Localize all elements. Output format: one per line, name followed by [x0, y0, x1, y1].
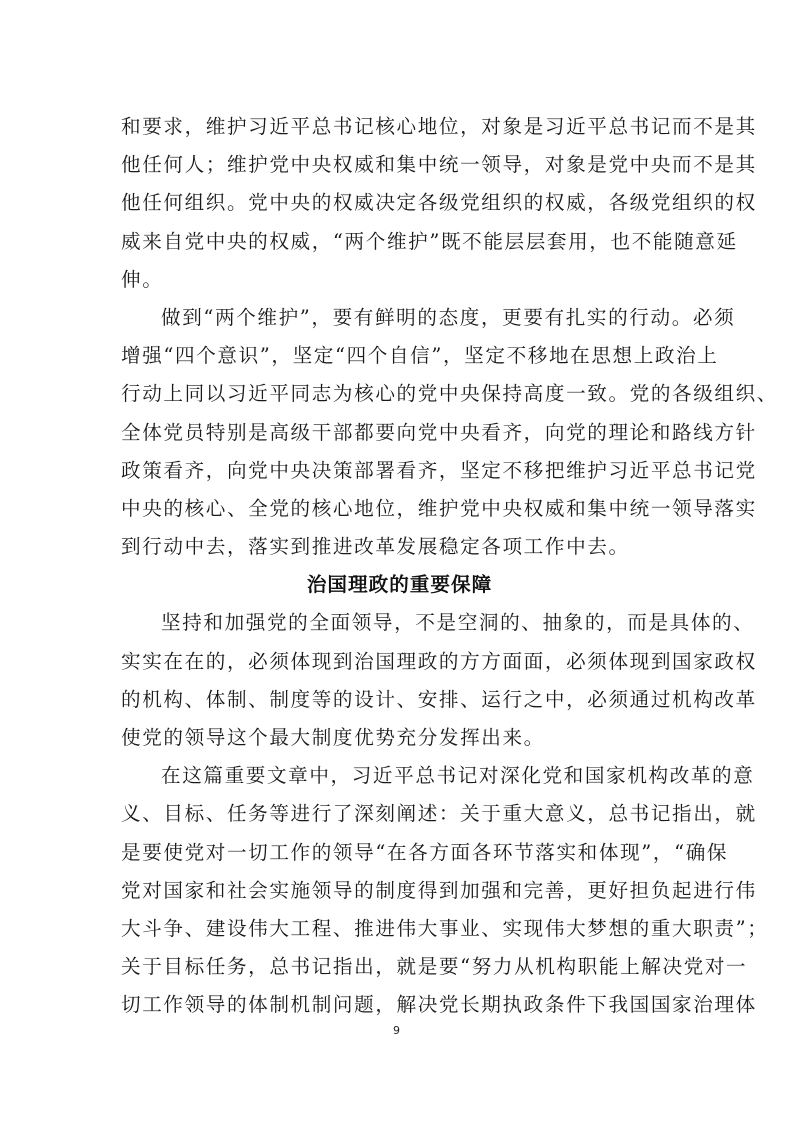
page-number: 9 — [0, 1024, 793, 1037]
text-line: 全体党员特别是高级干部都要向党中央看齐，向党的理论和路线方针 — [121, 414, 678, 452]
section-heading: 治国理政的重要保障 — [121, 566, 678, 604]
text-line: 中央的核心、全党的核心地位，维护党中央权威和集中统一领导落实 — [121, 490, 678, 528]
text-line: 他任何组织。党中央的权威决定各级党组织的权威，各级党组织的权 — [121, 184, 678, 222]
text-line: 党对国家和社会实施领导的制度得到加强和完善，更好担负起进行伟 — [121, 872, 678, 910]
document-body: 和要求，维护习近平总书记核心地位，对象是习近平总书记而不是其 他任何人；维护党中… — [121, 108, 678, 1025]
text-line: 和要求，维护习近平总书记核心地位，对象是习近平总书记而不是其 — [121, 108, 678, 146]
paragraph-1: 和要求，维护习近平总书记核心地位，对象是习近平总书记而不是其 他任何人；维护党中… — [121, 108, 678, 299]
paragraph-4: 在这篇重要文章中，习近平总书记对深化党和国家机构改革的意 义、目标、任务等进行了… — [121, 757, 678, 1024]
text-line: 切工作领导的体制机制问题，解决党长期执政条件下我国国家治理体 — [121, 986, 678, 1024]
document-page: 和要求，维护习近平总书记核心地位，对象是习近平总书记而不是其 他任何人；维护党中… — [0, 0, 793, 1122]
text-line: 是要使党对一切工作的领导“在各方面各环节落实和体现”，“确保 — [121, 834, 678, 872]
text-line: 大斗争、建设伟大工程、推进伟大事业、实现伟大梦想的重大职责”； — [121, 910, 678, 948]
text-line: 关于目标任务，总书记指出，就是要“努力从机构职能上解决党对一 — [121, 948, 678, 986]
text-line: 政策看齐，向党中央决策部署看齐，坚定不移把维护习近平总书记党 — [121, 452, 678, 490]
text-line: 他任何人；维护党中央权威和集中统一领导，对象是党中央而不是其 — [121, 146, 678, 184]
text-line: 实实在在的，必须体现到治国理政的方方面面，必须体现到国家政权 — [121, 643, 678, 681]
text-line: 坚持和加强党的全面领导，不是空洞的、抽象的，而是具体的、 — [121, 604, 678, 642]
text-line: 伸。 — [121, 261, 678, 299]
text-line: 在这篇重要文章中，习近平总书记对深化党和国家机构改革的意 — [121, 757, 678, 795]
text-line: 义、目标、任务等进行了深刻阐述：关于重大意义，总书记指出，就 — [121, 795, 678, 833]
text-line: 做到“两个维护”，要有鲜明的态度，更要有扎实的行动。必须 — [121, 299, 678, 337]
text-line: 到行动中去，落实到推进改革发展稳定各项工作中去。 — [121, 528, 678, 566]
text-line: 增强“四个意识”，坚定“四个自信”，坚定不移地在思想上政治上 — [121, 337, 678, 375]
paragraph-3: 坚持和加强党的全面领导，不是空洞的、抽象的，而是具体的、 实实在在的，必须体现到… — [121, 604, 678, 757]
text-line: 使党的领导这个最大制度优势充分发挥出来。 — [121, 719, 678, 757]
text-line: 威来自党中央的权威，“两个维护”既不能层层套用，也不能随意延 — [121, 223, 678, 261]
paragraph-2: 做到“两个维护”，要有鲜明的态度，更要有扎实的行动。必须 增强“四个意识”，坚定… — [121, 299, 678, 566]
text-line: 的机构、体制、制度等的设计、安排、运行之中，必须通过机构改革 — [121, 681, 678, 719]
text-line: 行动上同以习近平同志为核心的党中央保持高度一致。党的各级组织、 — [121, 375, 678, 413]
